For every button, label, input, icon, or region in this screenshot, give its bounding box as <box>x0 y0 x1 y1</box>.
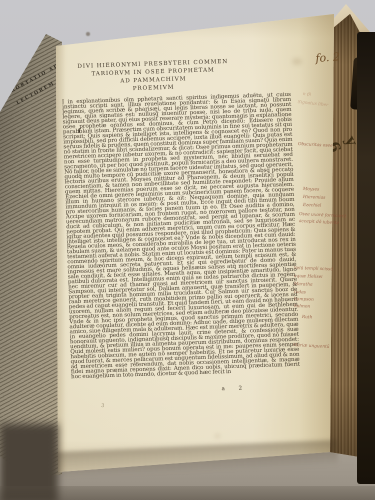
margin-note: Sampson <box>294 297 314 303</box>
margin-note: Moyses <box>303 187 320 193</box>
verso-page: HORTATIO AD LECTOREM <box>0 28 62 488</box>
stain <box>292 58 302 65</box>
recto-page: DIVI HIERONYMI PRESBYTERI COMMEN TARIORV… <box>48 10 340 488</box>
margin-note: Maratha <box>294 282 313 288</box>
margin-note: Hieremias <box>303 195 326 201</box>
verso-header-line: HORTATIO AD <box>10 63 60 94</box>
quire-signature: a 2 <box>222 385 249 392</box>
stain <box>215 434 220 438</box>
printed-content: DIVI HIERONYMI PRESBYTERI COMMEN TARIORV… <box>41 5 349 492</box>
binding-strip <box>357 32 375 484</box>
stain <box>86 32 90 36</box>
margin-note: Iudas <box>294 290 306 295</box>
body-text: I in explanationibus oīm pphetarū sancti… <box>62 93 300 380</box>
margin-note: aquæ Helisei <box>294 274 323 280</box>
book-photo-scene: HORTATIO AD LECTOREM 6 y DIVI HIERONYMI … <box>0 0 375 500</box>
table-shadow-strip <box>0 486 375 500</box>
margin-note: n p̃i <box>303 92 312 98</box>
margin-note: Salmon <box>294 304 310 310</box>
margin-note: Ezechiel <box>303 203 322 209</box>
margin-note: Ruth <box>302 315 313 320</box>
folio-number-annotation: fo. 2 <box>315 50 340 65</box>
